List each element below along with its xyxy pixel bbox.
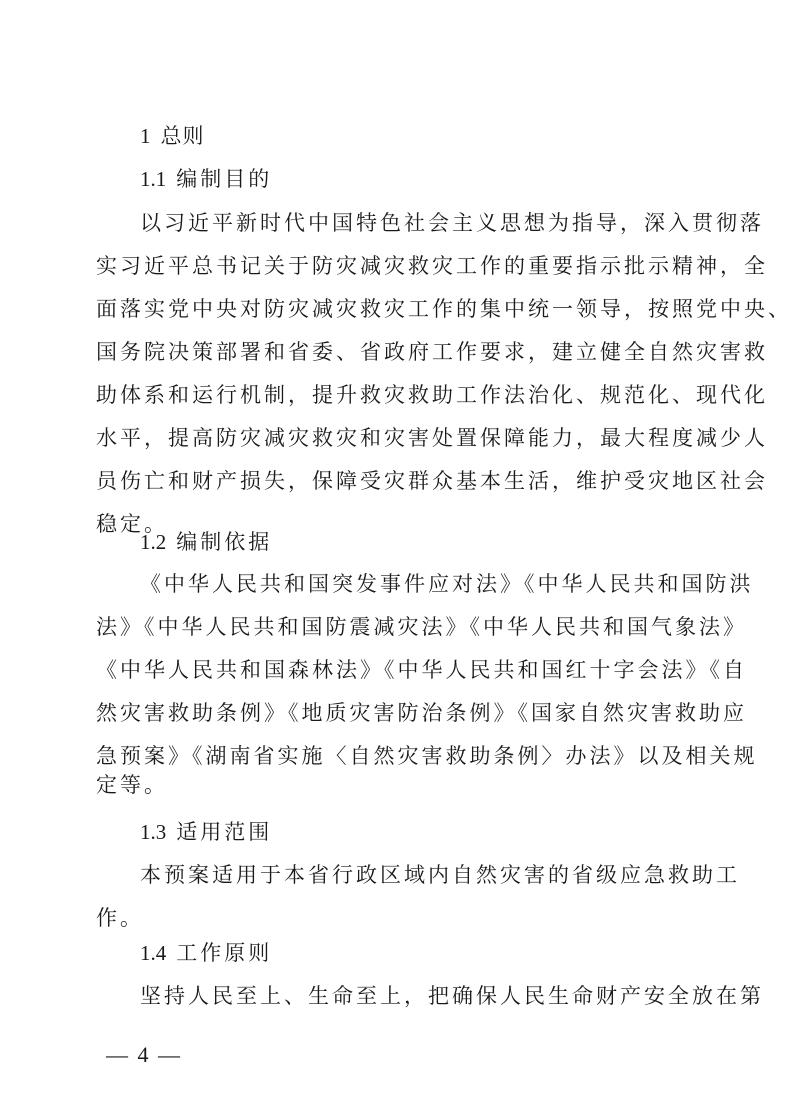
heading-scope: 1.3适用范围 (140, 817, 272, 847)
heading-title: 工作原则 (176, 941, 272, 965)
heading-basis: 1.2编制依据 (140, 527, 272, 557)
paragraph-line: 定等。 (96, 770, 700, 800)
heading-number: 1 (140, 124, 151, 148)
paragraph-line: 助体系和运行机制，提升救灾救助工作法治化、规范化、现代化 (96, 380, 700, 410)
paragraph-line: 《中华人民共和国突发事件应对法》《中华人民共和国防洪 (140, 569, 700, 599)
paragraph-line: 面落实党中央对防灾减灾救灾工作的集中统一领导，按照党中央、 (96, 294, 700, 324)
paragraph-line: 本预案适用于本省行政区域内自然灾害的省级应急救助工 (140, 860, 700, 890)
heading-purpose: 1.1编制目的 (140, 164, 272, 194)
heading-title: 编制依据 (176, 530, 272, 554)
paragraph-line: 《中华人民共和国森林法》《中华人民共和国红十字会法》《自 (96, 655, 700, 685)
page-number: — 4 — (106, 1040, 182, 1070)
heading-general-provisions: 1总则 (140, 121, 205, 151)
paragraph-line: 然灾害救助条例》《地质灾害防治条例》《国家自然灾害救助应 (96, 698, 700, 728)
heading-principles: 1.4工作原则 (140, 938, 272, 968)
heading-title: 总则 (161, 124, 205, 148)
heading-number: 1.1 (140, 167, 166, 191)
paragraph-line: 急预案》《湖南省实施〈自然灾害救助条例〉办法》以及相关规 (96, 741, 700, 771)
paragraph-line: 水平，提高防灾减灾救灾和灾害处置保障能力，最大程度减少人 (96, 423, 700, 453)
paragraph-line: 员伤亡和财产损失，保障受灾群众基本生活，维护受灾地区社会 (96, 466, 700, 496)
heading-number: 1.2 (140, 530, 166, 554)
paragraph-line: 以习近平新时代中国特色社会主义思想为指导，深入贯彻落 (140, 208, 700, 238)
document-page: 1总则 1.1编制目的 以习近平新时代中国特色社会主义思想为指导，深入贯彻落 实… (0, 0, 788, 1119)
paragraph-line: 坚持人民至上、生命至上，把确保人民生命财产安全放在第 (140, 981, 700, 1011)
heading-number: 1.3 (140, 820, 166, 844)
heading-title: 编制目的 (176, 167, 272, 191)
paragraph-line: 实习近平总书记关于防灾减灾救灾工作的重要指示批示精神，全 (96, 251, 700, 281)
heading-number: 1.4 (140, 941, 166, 965)
paragraph-line: 国务院决策部署和省委、省政府工作要求，建立健全自然灾害救 (96, 337, 700, 367)
paragraph-line: 法》《中华人民共和国防震减灾法》《中华人民共和国气象法》 (96, 612, 700, 642)
paragraph-line: 作。 (96, 903, 700, 933)
heading-title: 适用范围 (176, 820, 272, 844)
